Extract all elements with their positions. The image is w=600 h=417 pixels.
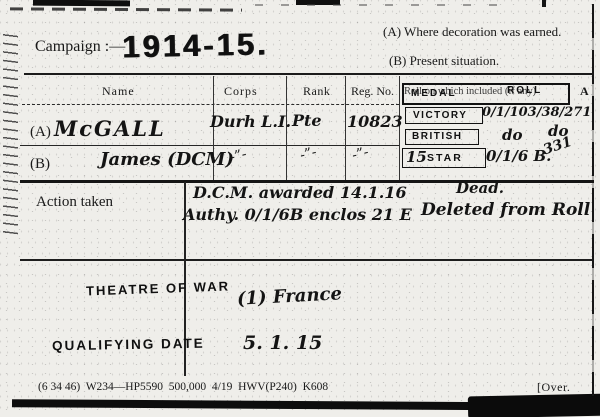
medal-stamp-label: MEDAL — [411, 88, 457, 99]
header-top-rule — [24, 73, 594, 75]
star-roll-value: 0/1/6 B. — [486, 147, 551, 165]
torn-edge-top-bar — [33, 0, 130, 6]
action-line-1-note: Dead. — [456, 179, 504, 197]
action-bottom-rule — [20, 259, 592, 261]
qualifying-date-value: 5. 1. 15 — [243, 332, 322, 354]
action-taken-label: Action taken — [36, 194, 113, 211]
theatre-of-war-stamp: THEATRE OF WAR — [86, 278, 230, 298]
roll-stamp-label: ROLL — [507, 85, 542, 96]
medal-index-card: Campaign :— 1914-15. (A) Where decoratio… — [0, 0, 600, 417]
row-b-forename: James (DCM) — [100, 149, 234, 170]
left-margin-scribble — [3, 30, 18, 235]
action-line-1: D.C.M. awarded 14.1.16 — [193, 183, 407, 202]
column-header-reg-no: Reg. No. — [351, 84, 394, 99]
row-a-reg-no: 10823 — [347, 112, 403, 131]
torn-edge-dashes — [10, 7, 242, 11]
row-b-prefix: (B) — [30, 156, 50, 173]
row-a-rank: Pte — [292, 111, 322, 130]
column-header-roll-suffix: A — [580, 84, 589, 99]
note-present-situation: (B) Present situation. — [389, 53, 499, 69]
torn-edge-top-tick — [542, 0, 546, 7]
star-medal-label-hand: 15 — [406, 148, 427, 166]
campaign-year-stamp: 1914-15. — [122, 26, 269, 65]
scan-smudge-bottom-blob — [468, 394, 600, 417]
british-medal-label: BRITISH — [412, 131, 463, 142]
row-a-corps: Durh L.I. — [210, 112, 291, 131]
victory-medal-label: VICTORY — [413, 110, 467, 121]
theatre-of-war-value: (1) France — [237, 283, 343, 309]
victory-roll-value: 0/1/103/38/271 — [482, 105, 591, 120]
star-medal-label: STAR — [427, 152, 463, 164]
header-under-rule — [22, 104, 399, 105]
row-b-ditto-reg: -”- — [350, 144, 370, 164]
torn-edge-dashes-2 — [255, 4, 505, 6]
note-where-decoration-earned: (A) Where decoration was earned. — [383, 24, 561, 40]
column-header-rank: Rank — [303, 84, 330, 99]
action-line-2-note: Deleted from Roll — [421, 200, 590, 220]
british-roll-ditto-1: do — [502, 126, 523, 144]
row-b-ditto-rank: -”- — [298, 144, 318, 164]
action-line-2: Authy. 0/1/6B enclos 21 E — [183, 205, 412, 224]
over-label: [Over. — [537, 380, 570, 395]
column-rule-rank-reg — [345, 76, 346, 180]
row-a-prefix: (A) — [30, 124, 51, 141]
row-a-under-rule — [20, 145, 399, 146]
column-header-name: Name — [102, 84, 135, 99]
campaign-label: Campaign :— — [35, 38, 125, 56]
row-b-ditto-corps: -”- — [228, 146, 248, 166]
qualifying-date-stamp: QUALIFYING DATE — [52, 336, 205, 354]
column-header-corps: Corps — [224, 84, 258, 99]
printer-imprint: (6 34 46) W234—HP5590 500,000 4/19 HWV(P… — [38, 381, 328, 393]
right-edge-border — [592, 4, 594, 396]
row-a-surname: McGALL — [54, 116, 166, 141]
